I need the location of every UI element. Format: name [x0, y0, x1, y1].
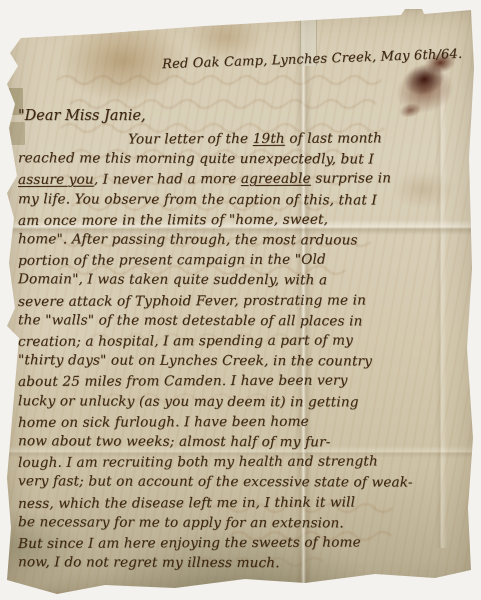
letter-line: But since I am here enjoying the sweets …	[18, 532, 463, 554]
letter-line: now, I do not regret my illness much.	[18, 552, 463, 574]
letter-line: home". After passing through, the most a…	[18, 229, 463, 251]
letter-line: very fast; but on account of the excessi…	[18, 472, 463, 494]
letter-line: lough. I am recruiting both my health an…	[18, 451, 463, 473]
letter-line: assure you, I never had a more agreeable…	[18, 168, 463, 190]
letter-line: be necessary for me to apply for an exte…	[18, 512, 463, 534]
salutation: "Dear Miss Janie,	[18, 108, 146, 124]
letter-line: Domain", I was taken quite suddenly, wit…	[18, 270, 463, 292]
letter-line: am once more in the limits of "home, swe…	[18, 209, 463, 231]
scan-background: Red Oak Camp, Lynches Creek, May 6th/64.…	[0, 0, 481, 600]
letter-line: portion of the present campaign in the "…	[18, 249, 463, 271]
letter-line: Your letter of the 19th of last month	[18, 128, 463, 150]
letter-line: about 25 miles from Camden. I have been …	[18, 370, 463, 392]
letter-paper: Red Oak Camp, Lynches Creek, May 6th/64.…	[5, 8, 475, 594]
letter-body: Your letter of the 19th of last month re…	[18, 129, 463, 573]
letter-line: the "walls" of the most detestable of al…	[18, 310, 463, 332]
letter-line: severe attack of Typhoid Fever, prostrat…	[18, 290, 463, 312]
letter-line: ness, which the disease left me in, I th…	[18, 492, 463, 514]
letter-line: "thirty days" out on Lynches Creek, in t…	[18, 350, 463, 372]
letter-line: my life. You observe from the caption of…	[18, 189, 463, 211]
letter-line: home on sick furlough. I have been home	[18, 411, 463, 433]
letter-line: reached me this morning quite unexpected…	[18, 148, 463, 170]
letter-line: now about two weeks; almost half of my f…	[18, 431, 463, 453]
letter-line: lucky or unlucky (as you may deem it) in…	[18, 391, 463, 413]
letter-line: creation; a hospital, I am spending a pa…	[18, 330, 463, 352]
